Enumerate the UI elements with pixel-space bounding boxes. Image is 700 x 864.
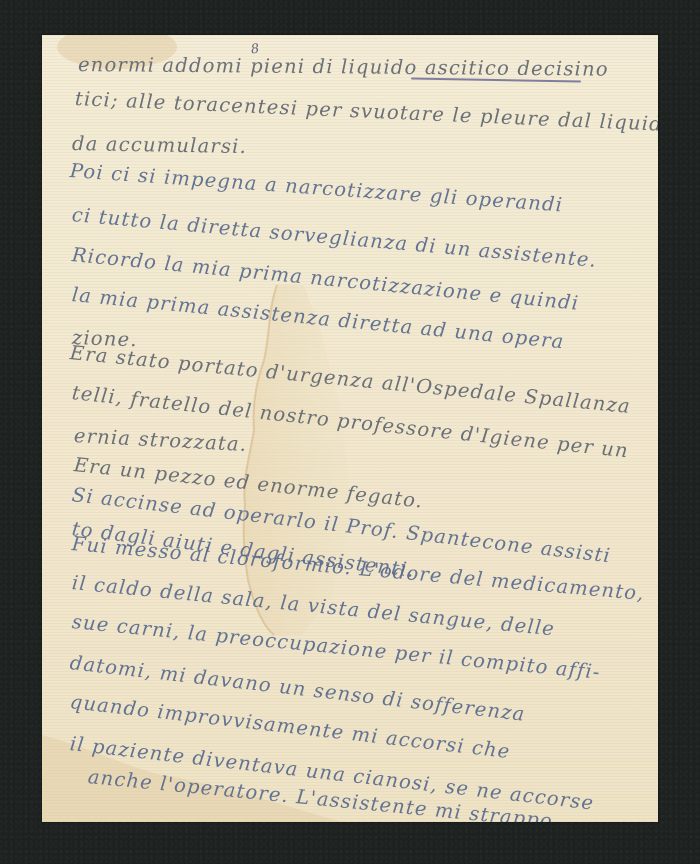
text-line: Poi ci si impegna a narcotizzare gli ope… bbox=[69, 159, 564, 216]
text-line: da accumularsi. bbox=[72, 132, 247, 158]
letter-page: 8 enormi addomi pieni di liquido ascitic… bbox=[42, 35, 658, 822]
text-line: enormi addomi pieni di liquido ascitico … bbox=[78, 53, 609, 81]
text-line: ernia strozzata. bbox=[73, 424, 247, 456]
text-line: tici; alle toracentesi per svuotare le p… bbox=[74, 87, 658, 136]
